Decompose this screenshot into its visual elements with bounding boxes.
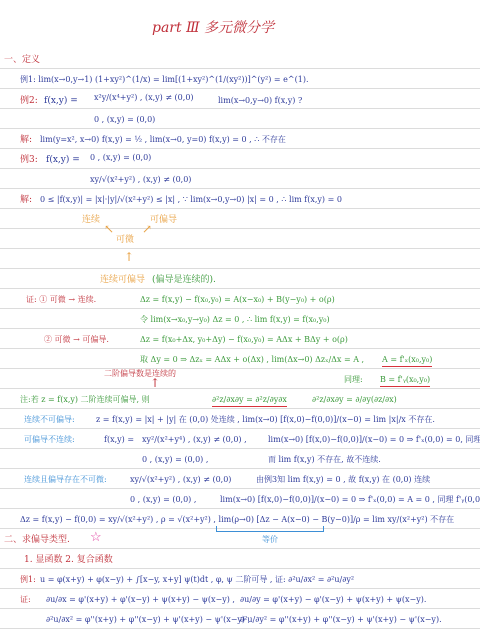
example-3-label: 例3: [20,154,38,166]
counter-2-label: 可偏导不连续: [24,434,75,446]
example-1-problem: u = φ(x+y) + φ(x−y) + ∫[x−y, x+y] ψ(t)dt… [40,574,354,586]
proof-2-label: ② 可微 → 可偏导. [44,334,109,346]
counter-3-case-1: xy/√(x²+y²) , (x,y) ≠ (0,0) [130,474,231,486]
counter-1-label: 连续不可偏导: [24,414,75,426]
solution-3-label: 解: [20,194,32,206]
note-annotation: 二阶偏导数是连续的 [104,368,176,380]
diagram-differentiable: 可微 [116,234,134,246]
diagram-continuous-partial: 连续可偏导 [100,274,145,286]
example-1: 例1: lim(x→0,y→1) (1+xy²)^(1/x) = lim[(1+… [20,74,308,86]
example-2-label: 例2: [20,95,38,107]
counter-2-case-1-reason: lim(x→0) [f(x,0)−f(0,0)]/(x−0) = 0 ⇒ f'ₓ… [268,434,480,446]
proof-second-x: ∂²u/∂x² = φ''(x+y) + φ''(x−y) + ψ'(x+y) … [46,614,250,626]
counter-2-function: f(x,y) = [104,434,134,446]
counter-3-case-2-reason: lim(x→0) [f(x,0)−f(0,0)]/(x−0) = 0 ⇒ f'ₓ… [220,494,480,506]
page-title: part Ⅲ 多元微分学 [152,22,274,34]
types-list: 1. 显函数 2. 复合函数 [24,554,113,566]
proof-first-y: ∂u/∂y = φ'(x+y) − φ'(x−y) + ψ(x+y) + ψ(x… [240,594,426,606]
counter-3-label: 连续且偏导存在不可微: [24,474,107,486]
note-equation: ∂²z/∂x∂y = ∂²z/∂y∂x [212,394,287,407]
proof-2-line-1: Δz = f(x₀+Δx, y₀+Δy) − f(x₀,y₀) = AΔx + … [140,334,348,346]
arrow-up-icon: ↑ [150,376,160,390]
counter-3-case-1-reason: 由例3知 lim f(x,y) = 0 , 故 f(x,y) 在 (0,0) 连… [256,474,430,486]
example-2-question: lim(x→0,y→0) f(x,y) ? [218,95,302,107]
example-3-function: f(x,y) = [46,154,80,166]
equivalence-label: 等价 [262,534,278,546]
proof-first-x: ∂u/∂x = φ'(x+y) + φ'(x−y) + ψ(x+y) − ψ(x… [46,594,235,606]
proof-1-label: 证: ① 可微 → 连续. [26,294,96,306]
example-2-case-2: 0 , (x,y) = (0,0) [94,114,155,126]
equivalence-bracket [216,526,324,532]
solution-3: 0 ≤ |f(x,y)| = |x|·|y|/√(x²+y²) ≤ |x| , … [40,194,342,206]
example-2-case-1: x²y/(x⁴+y²) , (x,y) ≠ (0,0) [94,92,194,104]
solution-2-label: 解: [20,134,32,146]
proof-label: 证: [20,594,31,606]
example-3-case-2: xy/√(x²+y²) , (x,y) ≠ (0,0) [90,174,191,186]
proof-1-line-2: 令 lim(x→x₀,y→y₀) Δz = 0 , ∴ lim f(x,y) =… [140,314,330,326]
note-equation-2: ∂²z/∂x∂y = ∂/∂y(∂z/∂x) [312,394,397,406]
counter-2-case-2: 0 , (x,y) = (0,0) , [142,454,208,466]
solution-2: lim(y=x², x→0) f(x,y) = ½ , lim(x→0, y=0… [40,134,286,146]
star-icon: ☆ [90,532,102,544]
example-2-function: f(x,y) = [44,95,78,107]
note-line: 注:若 z = f(x,y) 二阶连续可偏导, 则 [20,394,150,406]
section-heading-partial-types: 二、求偏导类型. [4,534,70,546]
arrow-up-left-icon: ↖ [104,222,114,236]
example-3-case-1: 0 , (x,y) = (0,0) [90,152,151,164]
counter-3-case-2: 0 , (x,y) = (0,0) , [130,494,196,506]
counter-2-case-2-reason: 而 lim f(x,y) 不存在, 故不连续. [268,454,381,466]
counter-1: z = f(x,y) = |x| + |y| 在 (0,0) 处连续 , lim… [96,414,435,426]
proof-1-line-1: Δz = f(x,y) − f(x₀,y₀) = A(x−x₀) + B(y−y… [140,294,335,306]
arrow-up-right-icon: ↗ [142,222,152,236]
result-b: B = f'ᵧ(x₀,y₀) [380,374,430,387]
result-a: A = f'ₓ(x₀,y₀) [382,354,432,367]
example-1-label: 例1: [20,574,36,586]
diagram-note: (偏导是连续的). [152,274,216,286]
diagram-continuous: 连续 [82,214,100,226]
proof-2-line-2: 取 Δy = 0 ⇒ Δzₓ = AΔx + o(Δx) , lim(Δx→0)… [140,354,364,366]
section-heading-definition: 一、定义 [4,54,40,66]
proof-second-y: ∂²u/∂y² = φ''(x+y) + φ''(x−y) + ψ'(x+y) … [240,614,442,626]
counter-2-case-1: xy²/(x²+y⁴) , (x,y) ≠ (0,0) , [142,434,247,446]
arrow-up-icon: ↑ [124,250,134,264]
diagram-partial-derivable: 可偏导 [150,214,177,226]
notebook-page: part Ⅲ 多元微分学 一、定义 例1: lim(x→0,y→1) (1+xy… [0,0,480,640]
counter-3-line-3: Δz = f(x,y) − f(0,0) = xy/√(x²+y²) , ρ =… [20,514,454,526]
result-b-label: 同理: [344,374,363,386]
